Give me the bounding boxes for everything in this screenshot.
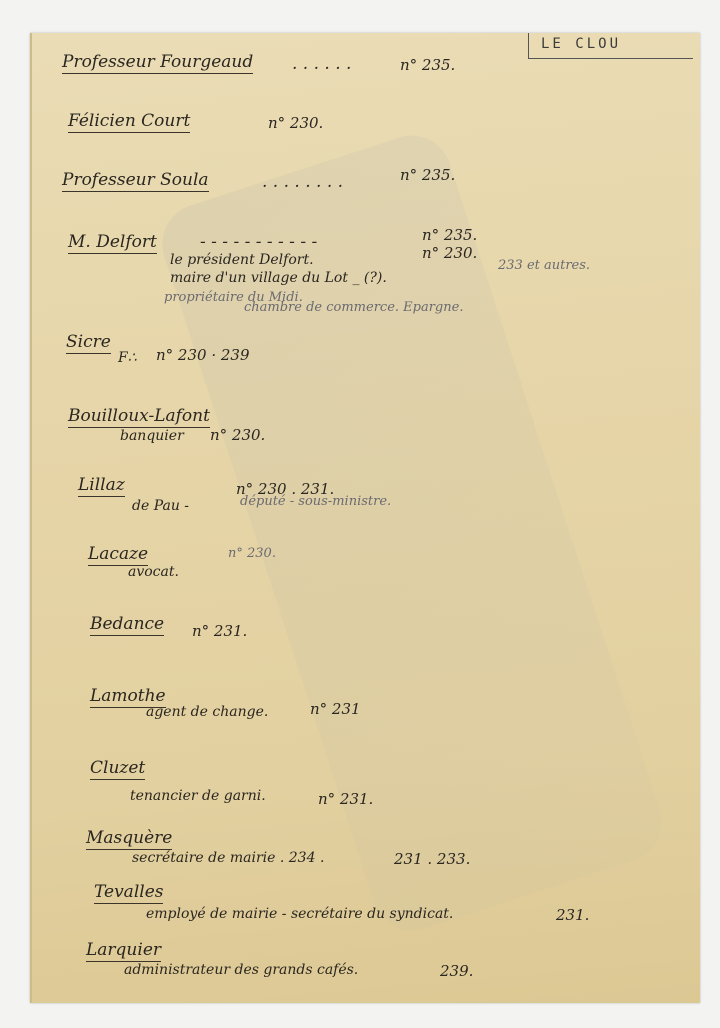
entry-leader: - - - - - - - - - - - [200,232,317,252]
entry-leader: . . . . . . [292,54,351,74]
entry-ref: 231. [556,906,589,924]
entry-detail: tenancier de garni. [130,788,266,804]
entry-name: Lillaz [78,475,125,497]
entry-ref: 239. [440,962,473,980]
entry-name: Masquère [86,828,172,850]
entry-ref: n° 231. [318,790,373,808]
entry-name: M. Delfort [68,232,157,254]
entry-name: Sicre [66,332,111,354]
entry-detail: chambre de commerce. Epargne. [244,300,463,315]
entry-ref: n° 231 [310,700,361,718]
document-label: LE CLOU [528,33,693,59]
entry-ref: 231 . 233. [394,850,470,868]
entry-ref: n° 235. [400,166,455,184]
entry-leader: . . . . . . . . [262,172,343,192]
entry-name: Lacaze [88,544,148,566]
entry-detail: secrétaire de mairie . 234 . [132,850,324,866]
entry-name: Larquier [86,940,161,962]
entry-detail: banquier [120,428,184,444]
entry-ref: n° 230 · 239 [156,346,250,364]
entry-name: Tevalles [94,882,163,904]
entry-detail: administrateur des grands cafés. [124,962,358,978]
entry-detail: maire d'un village du Lot _ (?). [170,270,387,286]
entry-ref: n° 235. [422,226,477,244]
entry-ref: n° 231. [192,622,247,640]
entry-ref-2: n° 230. [422,244,477,262]
entry-ref: n° 230. [210,426,265,444]
entry-detail: agent de change. [146,704,268,720]
entry-name: Bouilloux-Lafont [68,406,210,428]
entry-name: Félicien Court [68,111,190,133]
entry-ref: n° 230. [268,114,323,132]
entry-name: Cluzet [90,758,145,780]
entry-detail: employé de mairie - secrétaire du syndic… [146,906,453,922]
entry-ref: n° 230. [228,546,276,561]
entry-name: Bedance [90,614,164,636]
entry-name: Professeur Fourgeaud [62,52,253,74]
entry-detail: de Pau - [132,498,189,514]
entry-detail: le président Delfort. [170,252,314,268]
entry-detail: F∴ [118,350,137,366]
entry-name: Professeur Soula [62,170,209,192]
entry-ref: n° 235. [400,56,455,74]
entry-detail: avocat. [128,564,179,580]
entry-note: 233 et autres. [498,258,590,273]
entry-detail: député - sous-ministre. [240,494,391,509]
